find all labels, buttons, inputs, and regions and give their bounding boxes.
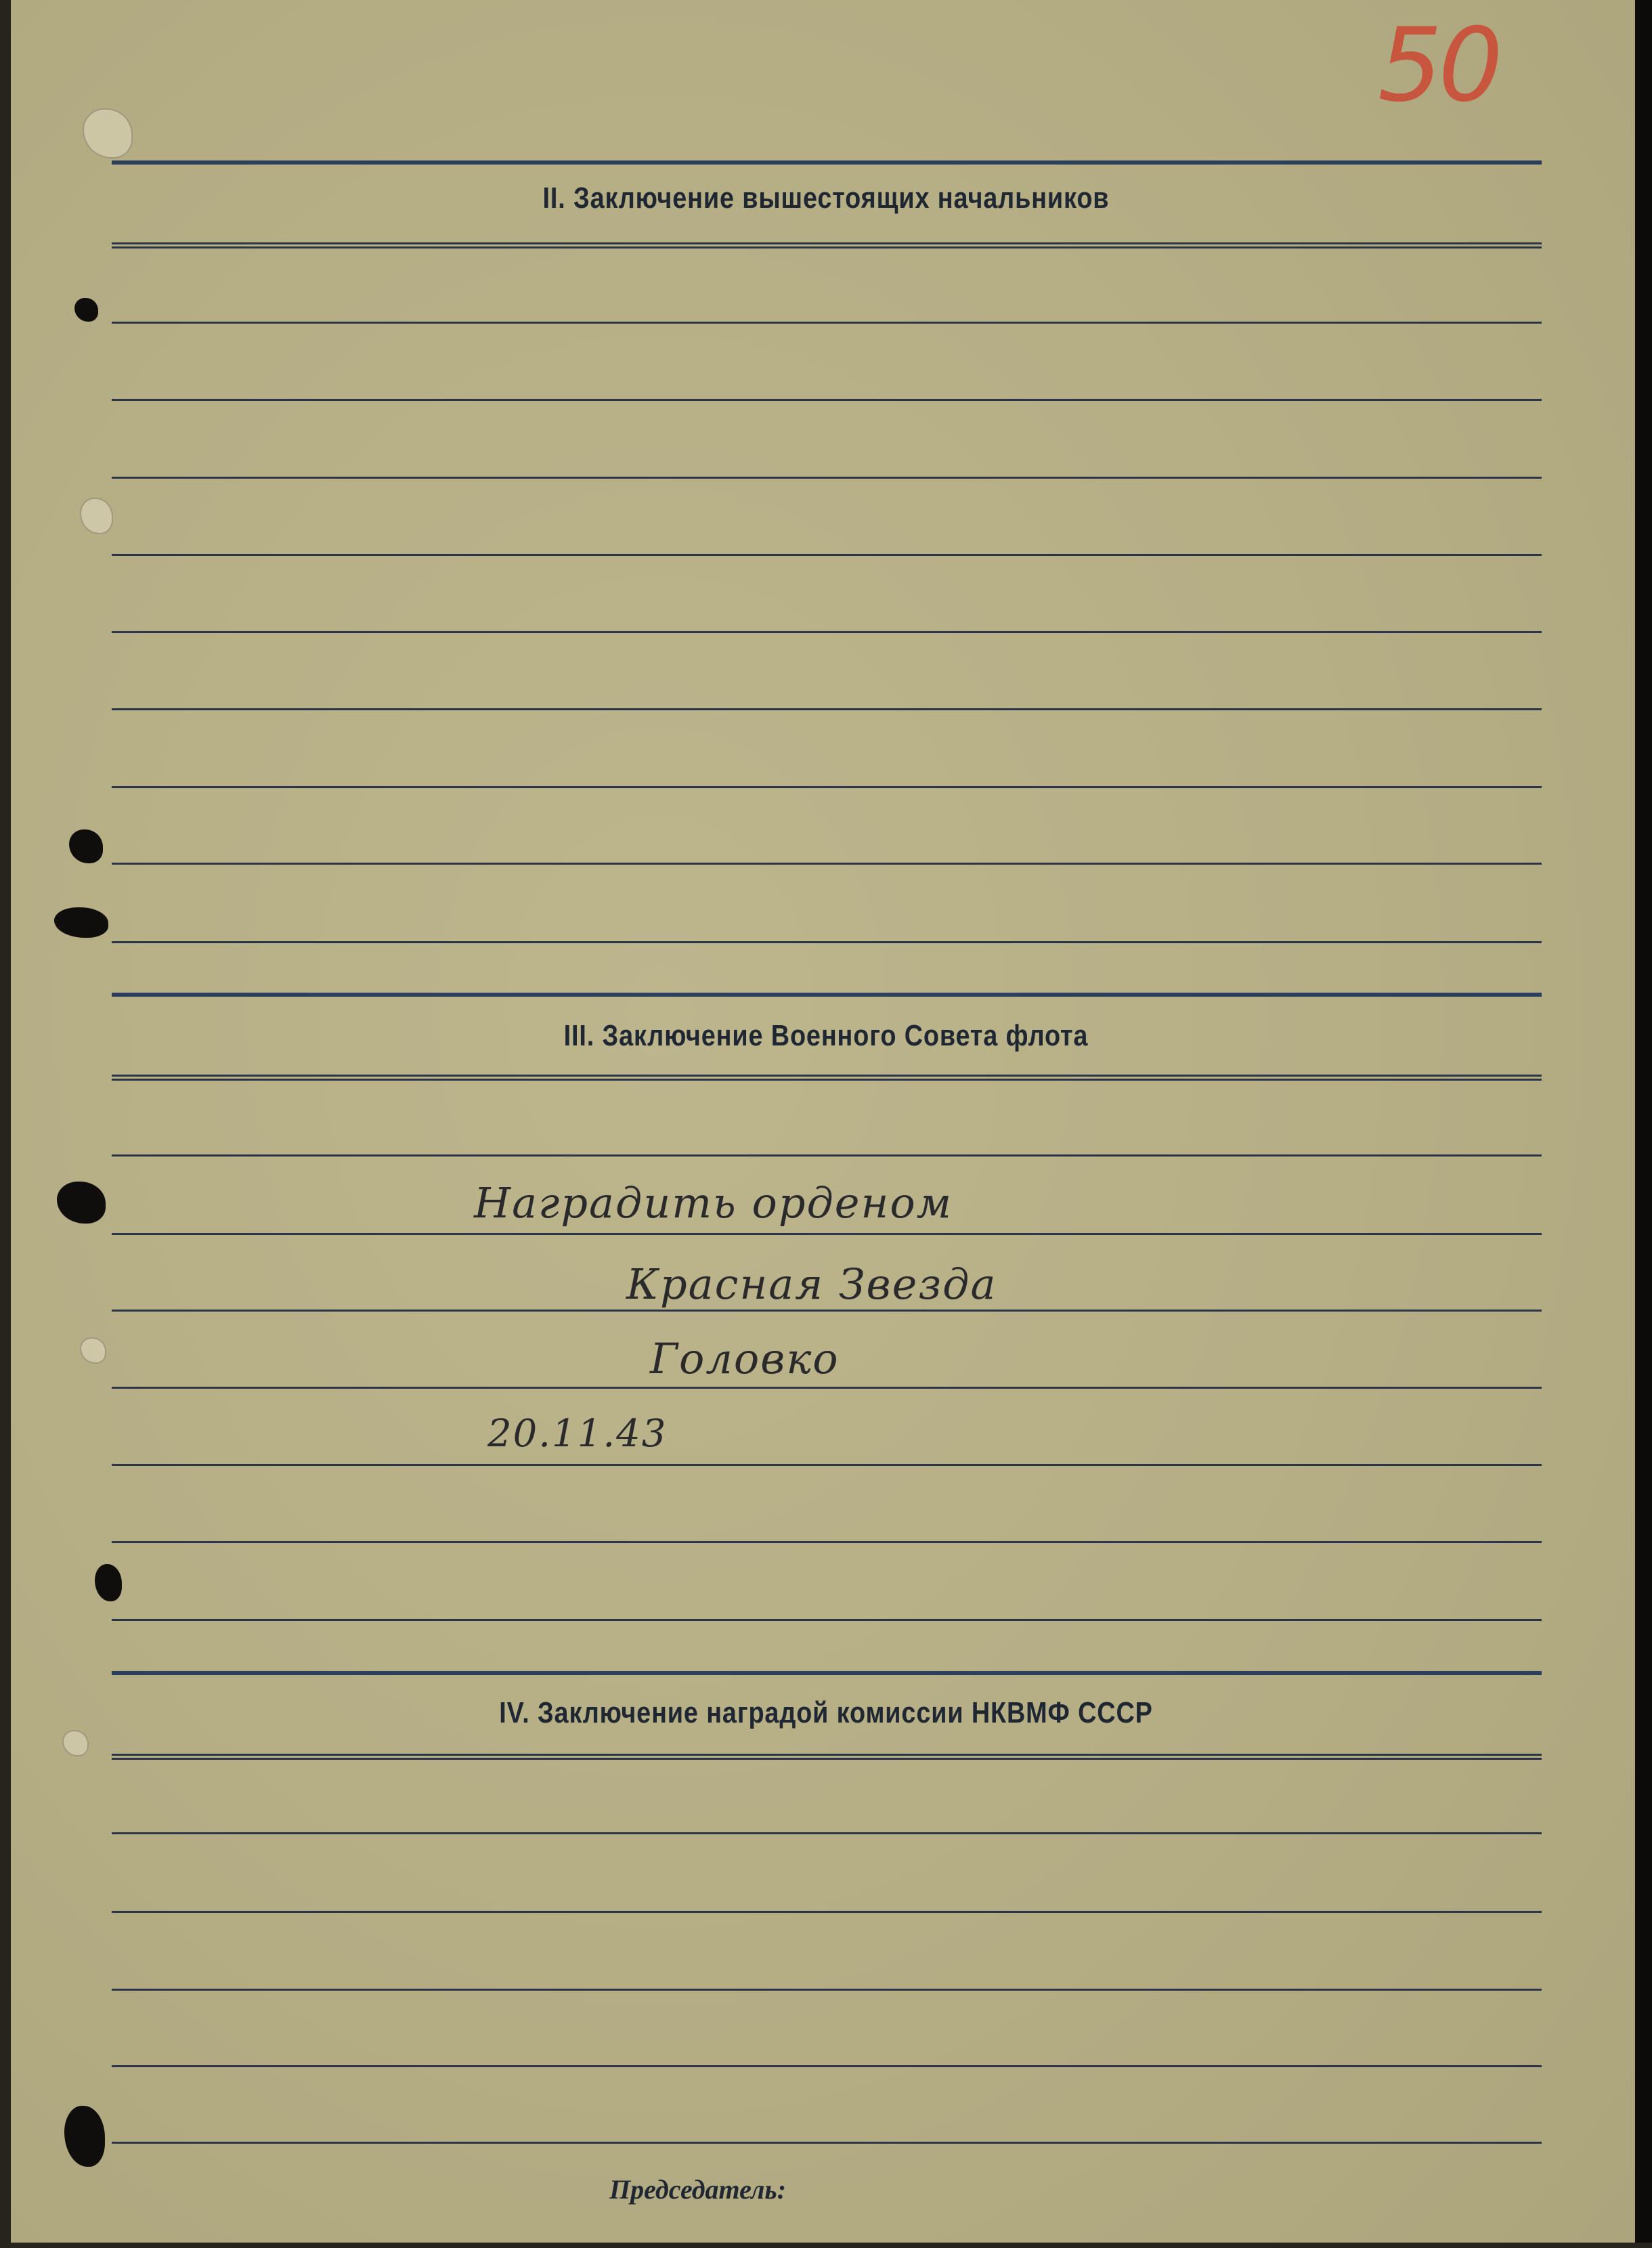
section-iii-heading: III. Заключение Военного Совета флота [116,1019,1536,1053]
ruled-line [112,477,1542,479]
section-rule [112,160,1542,165]
section-ii-heading: II. Заключение вышестоящих начальников [116,181,1536,215]
scan-border-bottom [0,2243,1652,2248]
ruled-line [112,1464,1542,1466]
ruled-line [112,1310,1542,1312]
scan-border-left [0,0,11,2248]
section-rule [112,993,1542,997]
ruled-line [112,322,1542,324]
ruled-line [112,2065,1542,2067]
handwritten-resolution-line-1: Наградить орденом [474,1178,953,1228]
ruled-line [112,554,1542,556]
ruled-line [112,708,1542,710]
ruled-line [112,1989,1542,1991]
section-rule [112,242,1542,244]
handwritten-signature: Головко [650,1334,840,1383]
ruled-line [112,1832,1542,1834]
ruled-line [112,1541,1542,1543]
ruled-line [112,1911,1542,1913]
ruled-line [112,1154,1542,1157]
handwritten-date: 20.11.43 [487,1412,667,1456]
ruled-line [112,941,1542,943]
ruled-line [112,1387,1542,1389]
ruled-line [112,1233,1542,1235]
section-rule [112,1075,1542,1077]
chairman-label: Председатель: [609,2174,786,2205]
ruled-line [112,863,1542,865]
section-iv-heading: IV. Заключение наградой комиссии НКВМФ С… [116,1696,1536,1730]
section-rule [112,1671,1542,1675]
ruled-line [112,631,1542,633]
ruled-line [112,786,1542,788]
handwritten-resolution-line-2: Красная Звезда [626,1259,997,1309]
scan-border-right [1635,0,1652,2248]
section-rule [112,1754,1542,1756]
ruled-line [112,2142,1542,2144]
archive-page-number: 50 [1378,7,1499,125]
ruled-line [112,399,1542,401]
ruled-line [112,1619,1542,1621]
